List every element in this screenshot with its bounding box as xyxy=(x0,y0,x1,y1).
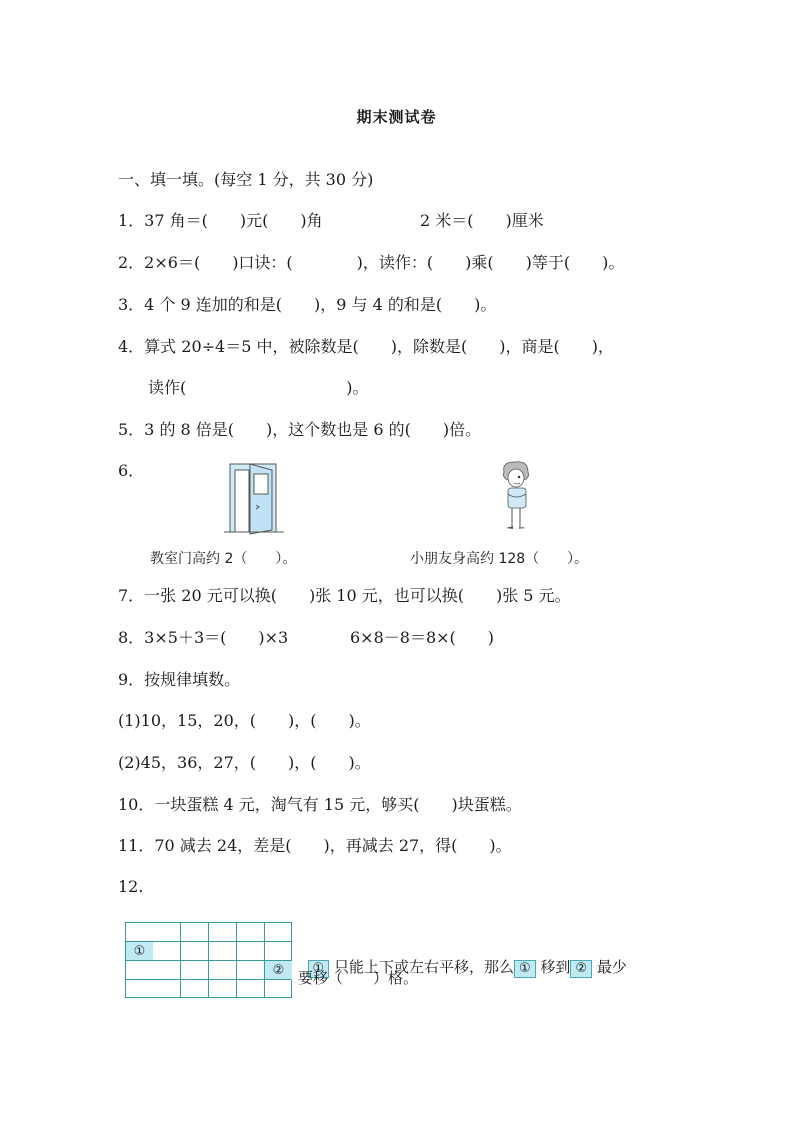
question-6-label: 6． xyxy=(118,460,144,482)
door-illustration xyxy=(224,460,284,536)
question-1a: 1．37 角＝( )元( )角 xyxy=(118,210,323,232)
move-grid: ① ② xyxy=(125,922,292,998)
question-1b: 2 米＝( )厘米 xyxy=(420,210,544,232)
question-11: 11．70 减去 24，差是( )，再减去 27，得( )。 xyxy=(118,835,512,857)
tag-cell-2: ② xyxy=(570,960,592,978)
desc-text: 最少 xyxy=(592,958,627,976)
grid-line xyxy=(126,979,291,980)
question-8b: 6×8－8＝8×( ) xyxy=(350,627,494,649)
question-9-1: (1)10，15，20，( )，( )。 xyxy=(118,710,371,732)
grid-cell-2: ② xyxy=(265,961,292,980)
tag-cell-1: ① xyxy=(514,960,536,978)
question-9-2: (2)45，36，27，( )，( )。 xyxy=(118,752,371,774)
question-8a: 8．3×5＋3＝( )×3 xyxy=(118,627,288,649)
question-9: 9．按规律填数。 xyxy=(118,669,240,691)
grid-line xyxy=(126,960,291,961)
question-10: 10．一块蛋糕 4 元，淘气有 15 元，够买( )块蛋糕。 xyxy=(118,794,522,816)
question-4b: 读作( )。 xyxy=(148,377,369,399)
question-5: 5．3 的 8 倍是( )，这个数也是 6 的( )倍。 xyxy=(118,419,481,441)
question-7: 7．一张 20 元可以换( )张 10 元，也可以换( )张 5 元。 xyxy=(118,585,571,607)
page-title: 期末测试卷 xyxy=(0,106,793,127)
child-caption: 小朋友身高约 128（ ）。 xyxy=(410,548,588,568)
child-illustration xyxy=(498,460,536,534)
door-caption: 教室门高约 2（ ）。 xyxy=(150,548,296,568)
question-12-desc-line2: 要移（ ）格。 xyxy=(298,967,418,989)
question-2: 2．2×6＝( )口诀：( )，读作：( )乘( )等于( )。 xyxy=(118,252,624,274)
question-3: 3．4 个 9 连加的和是( )，9 与 4 的和是( )。 xyxy=(118,294,496,316)
desc-text: 移到 xyxy=(536,958,571,976)
grid-cell-1: ① xyxy=(126,942,153,961)
section-heading: 一、填一填。(每空 1 分，共 30 分) xyxy=(118,169,373,191)
question-12-label: 12. xyxy=(118,876,143,898)
grid-line xyxy=(126,941,291,942)
question-4a: 4．算式 20÷4＝5 中，被除数是( )，除数是( )，商是( )， xyxy=(118,336,614,358)
